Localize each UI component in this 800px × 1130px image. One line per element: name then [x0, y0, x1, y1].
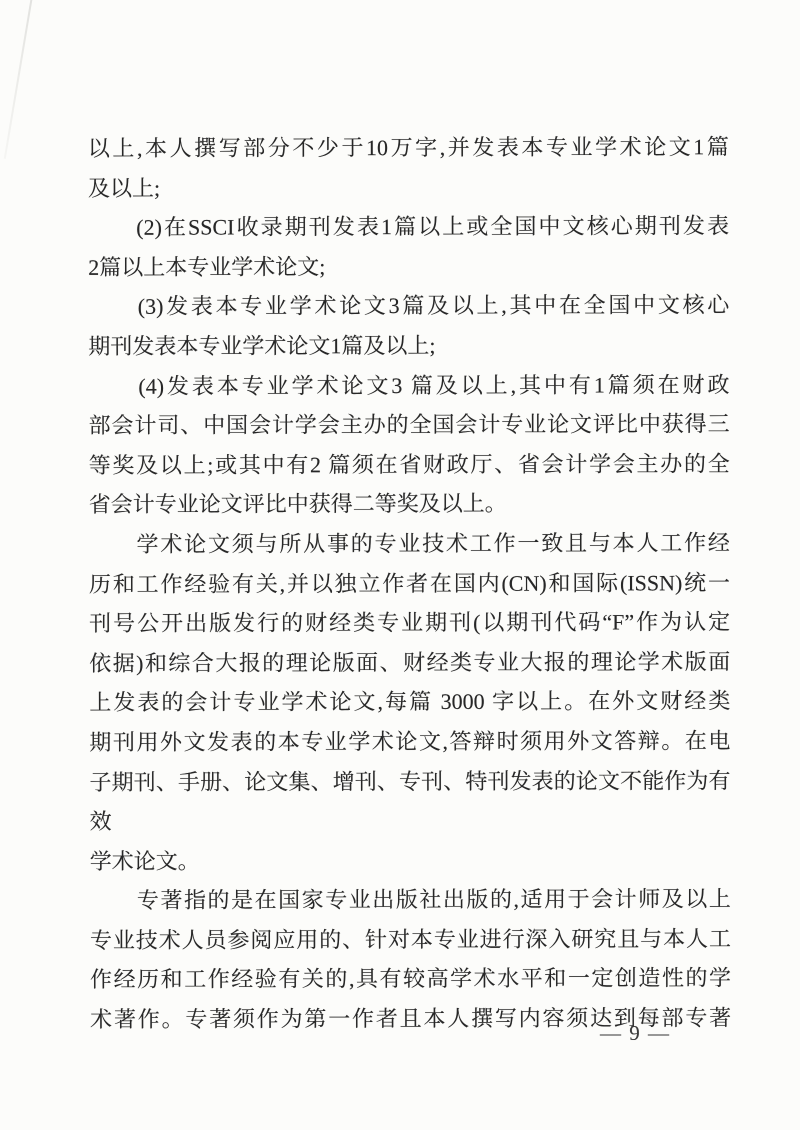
text-line: 2篇以上本专业学术论文;	[88, 246, 729, 287]
text-line: 刊号公开出版发行的财经类专业期刊(以期刊代码“F”作为认定	[89, 602, 730, 643]
text-line: 及以上;	[88, 167, 729, 208]
text-line: 历和工作经验有关,并以独立作者在国内(CN)和国际(ISSN)统一	[89, 563, 730, 604]
text-line: 学术论文。	[90, 840, 731, 881]
text-line: 专著指的是在国家专业出版社出版的,适用于会计师及以上	[90, 879, 731, 920]
paragraph: 以上,本人撰写部分不少于10万字,并发表本专业学术论文1篇及以上;	[88, 127, 729, 208]
paragraph: (2)在SSCI收录期刊发表1篇以上或全国中文核心期刊发表2篇以上本专业学术论文…	[88, 206, 729, 287]
text-line: 期刊用外文发表的本专业学术论文,答辩时须用外文答辩。在电	[89, 721, 730, 762]
text-line: 部会计司、中国会计学会主办的全国会计专业论文评比中获得三	[89, 404, 730, 445]
text-line: 期刊发表本专业学术论文1篇及以上;	[88, 325, 729, 366]
text-line: 以上,本人撰写部分不少于10万字,并发表本专业学术论文1篇	[88, 127, 729, 168]
paragraph: (4)发表本专业学术论文3 篇及以上,其中有1篇须在财政部会计司、中国会计学会主…	[88, 365, 729, 525]
text-block: 以上,本人撰写部分不少于10万字,并发表本专业学术论文1篇及以上; (2)在SS…	[88, 127, 731, 1039]
text-line: (2)在SSCI收录期刊发表1篇以上或全国中文核心期刊发表	[88, 206, 729, 247]
scan-crease-artifact	[4, 0, 33, 159]
text-line: 子期刊、手册、论文集、增刊、专刊、特刊发表的论文不能作为有效	[89, 761, 730, 842]
text-line: (4)发表本专业学术论文3 篇及以上,其中有1篇须在财政	[88, 365, 729, 406]
text-line: 专业技术人员参阅应用的、针对本专业进行深入研究且与本人工	[90, 919, 731, 960]
text-line: 学术论文须与所从事的专业技术工作一致且与本人工作经	[89, 523, 730, 564]
document-page: 以上,本人撰写部分不少于10万字,并发表本专业学术论文1篇及以上; (2)在SS…	[0, 0, 800, 1130]
page-number: — 9 —	[600, 1018, 671, 1048]
text-line: (3)发表本专业学术论文3篇及以上,其中在全国中文核心	[88, 286, 729, 327]
text-line: 上发表的会计专业学术论文,每篇 3000 字以上。在外文财经类	[89, 681, 730, 722]
paragraph: (3)发表本专业学术论文3篇及以上,其中在全国中文核心期刊发表本专业学术论文1篇…	[88, 286, 729, 367]
text-line: 等奖及以上;或其中有2 篇须在省财政厅、省会计学会主办的全	[89, 444, 730, 485]
text-line: 省会计专业论文评比中获得二等奖及以上。	[89, 484, 730, 525]
text-line: 作经历和工作经验有关的,具有较高学术水平和一定创造性的学	[90, 959, 731, 1000]
text-line: 依据)和综合大报的理论版面、财经类专业大报的理论学术版面	[89, 642, 730, 683]
paragraph: 专著指的是在国家专业出版社出版的,适用于会计师及以上专业技术人员参阅应用的、针对…	[90, 879, 731, 1039]
paragraph: 学术论文须与所从事的专业技术工作一致且与本人工作经历和工作经验有关,并以独立作者…	[89, 523, 731, 881]
